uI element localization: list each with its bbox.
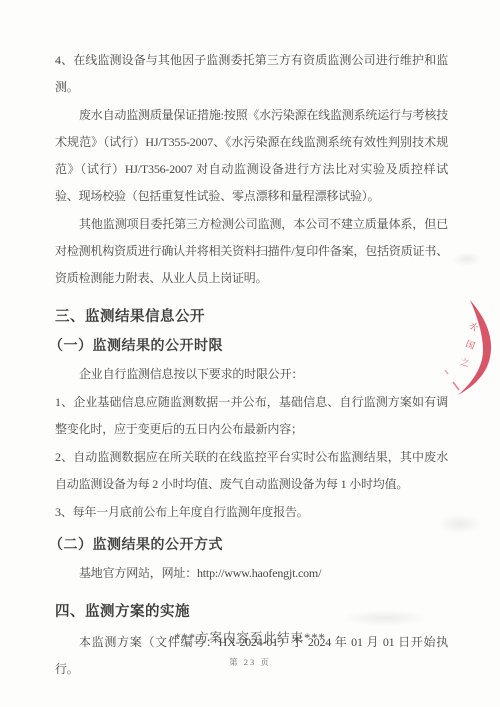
paragraph-wastewater-qa-measures: 废水自动监测质量保证措施:按照《水污染源在线监测系统运行与考核技术规范》（试行）… (55, 102, 448, 210)
paragraph-item-3-annual-report: 3、每年一月底前公布上年度自行监测年度报告。 (55, 499, 448, 526)
end-of-plan-marker: ***方案内容至此结束*** (0, 628, 500, 646)
page-number: 第 23 页 (0, 656, 500, 668)
paragraph-item-2-auto-monitoring-data: 2、自动监测数据应在所关联的在线监控平台实时公布监测结果，其中废水自动监测设备为… (55, 444, 448, 498)
paragraph-item-4-online-monitoring: 4、在线监测设备与其他因子监测委托第三方有资质监测公司进行维护和监测。 (55, 47, 448, 101)
paragraph-official-website-url: 基地官方网站，网址：http://www.haofengjt.com/ (55, 560, 448, 587)
subsection-heading-disclosure-method: （二）监测结果的公开方式 (49, 534, 448, 554)
scan-smudge (342, 610, 428, 626)
scan-smudge (452, 252, 482, 266)
paragraph-disclosure-intro: 企业自行监测信息按以下要求的时限公开： (55, 361, 448, 388)
section-heading-info-disclosure: 三、监测结果信息公开 (55, 307, 448, 327)
document-page: 4、在线监测设备与其他因子监测委托第三方有资质监测公司进行维护和监测。 废水自动… (0, 0, 500, 707)
paragraph-third-party-qualification: 其他监测项目委托第三方检测公司监测，本公司不建立质量体系，但已对检测机构资质进行… (55, 211, 448, 292)
scan-smudge (438, 514, 482, 534)
paragraph-item-1-basic-info: 1、企业基础信息应随监测数据一并公布，基础信息、自行监测方案如有调整变化时，应于… (55, 389, 448, 443)
subsection-heading-disclosure-time-limit: （一）监测结果的公开时限 (49, 335, 448, 355)
